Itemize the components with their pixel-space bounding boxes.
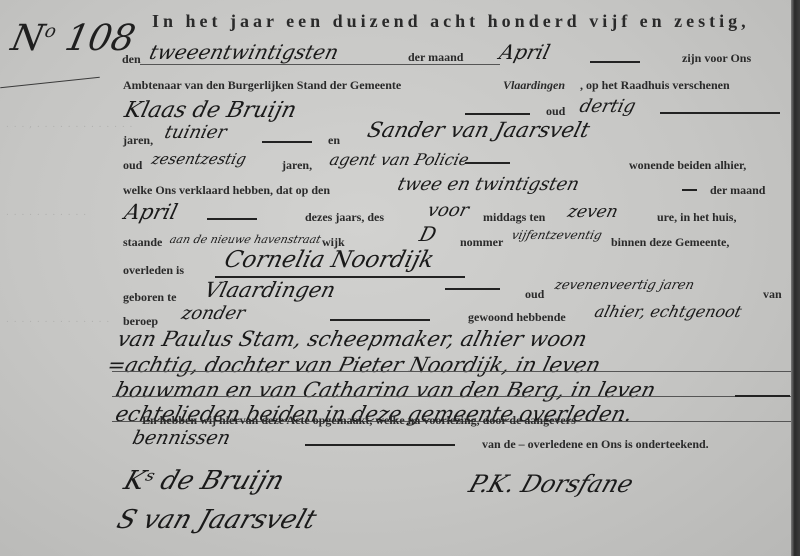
municipality: Vlaardingen [503, 78, 565, 93]
printed-text: den [122, 52, 141, 67]
heading-printed: In het jaar een duizend acht honderd vij… [152, 11, 750, 32]
printed-text: nommer [460, 235, 503, 250]
handwritten-mother-line: bouwman en van Catharina van den Berg, i… [113, 378, 658, 402]
handwritten-age-1: dertig [577, 96, 638, 117]
dash [330, 319, 430, 321]
handwritten-day: tweeentwintigsten [147, 40, 341, 64]
handwritten-occupation-deceased: zonder [179, 303, 247, 324]
printed-text: dezes jaars, des [305, 210, 384, 225]
printed-text: van [763, 287, 782, 302]
printed-text: oud [546, 104, 565, 119]
scanned-death-certificate: . . . , . . . . . . . . . . . . . . . . … [0, 0, 800, 556]
printed-text: zijn voor Ons [682, 51, 751, 66]
printed-text: oud [525, 287, 544, 302]
handwritten-house-number: vijfentzeventig [510, 228, 603, 242]
handwritten-declarant-1: Klaas de Bruijn [122, 98, 299, 123]
printed-text: gewoond hebbende [468, 310, 566, 325]
handwritten-declarant-2: Sander van Jaarsvelt [365, 118, 592, 142]
dash [445, 288, 500, 290]
signature-declarant-2: S van Jaarsvelt [113, 505, 320, 535]
dash [305, 444, 455, 446]
handwritten-literacy-note: bennissen [130, 427, 232, 449]
handwritten-residence: alhier, echtgenoot [593, 302, 744, 321]
printed-text: jaren, [282, 158, 312, 173]
printed-text: geboren te [123, 290, 176, 305]
dash [660, 112, 780, 114]
handwritten-ward: D [417, 222, 439, 246]
handwritten-month: April [497, 40, 553, 64]
dash [735, 395, 790, 397]
signature-registrar: P.K. Dorsfane [465, 470, 637, 498]
printed-text: van de – overledene en Ons is onderteeke… [482, 437, 709, 452]
handwritten-deceased-name: Cornelia Noordijk [222, 247, 437, 273]
handwritten-occupation-1: tuinier [162, 122, 228, 143]
printed-text: oud [123, 158, 142, 173]
bleed-through-text: . . . . . . . . . . . [6, 208, 87, 218]
scan-edge [791, 0, 800, 556]
printed-text: En hebben wij hiervan deze Acte opgemaak… [142, 413, 576, 428]
handwritten-birthplace: Vlaardingen [202, 278, 338, 302]
dash [262, 141, 312, 143]
printed-text: binnen deze Gemeente, [611, 235, 729, 250]
printed-text: en [328, 133, 340, 148]
signature-declarant-1: Kˢ de Bruijn [120, 466, 288, 496]
handwritten-deceased-age: zevenenveertig jaren [553, 278, 696, 293]
printed-text: welke Ons verklaard hebben, dat op den [123, 183, 330, 198]
act-number: No 108 [8, 18, 139, 59]
handwritten-death-month: April [122, 200, 180, 224]
handwritten-hour: zeven [566, 202, 621, 222]
printed-text: middags ten [483, 210, 545, 225]
bleed-through-text: . . . , . . . . . . . . . . . . . [6, 120, 133, 130]
handwritten-death-day: twee en twintigsten [395, 174, 581, 195]
printed-text: der maand [710, 183, 765, 198]
printed-text: staande [123, 235, 162, 250]
printed-text: der maand [408, 50, 463, 65]
handwritten-spouse-line: van Paulus Stam, scheepmaker, alhier woo… [115, 327, 590, 351]
bleed-through-text: . . . . . . . . . . . . . . [6, 315, 110, 325]
dash [590, 61, 640, 63]
handwritten-occupation-2: agent van Policie [328, 150, 471, 169]
printed-text: wonende beiden alhier, [629, 158, 746, 173]
handwritten-age-2: zesentzestig [150, 150, 248, 168]
handwritten-parents-line: =achtig, dochter van Pieter Noordijk, in… [105, 353, 603, 377]
dash [465, 162, 510, 164]
dash [465, 113, 530, 115]
dash [207, 218, 257, 220]
rule [112, 371, 792, 372]
dash [682, 189, 697, 191]
printed-text: jaren, [123, 133, 153, 148]
divider [0, 77, 100, 88]
printed-text: overleden is [123, 263, 184, 278]
rule [112, 396, 792, 397]
printed-text: , op het Raadhuis verschenen [580, 78, 730, 93]
handwritten-ampm: voor [425, 200, 471, 221]
printed-text: Ambtenaar van den Burgerlijken Stand der… [123, 78, 401, 93]
handwritten-street: aan de nieuwe havenstraat [168, 233, 322, 246]
printed-text: ure, in het huis, [657, 210, 736, 225]
